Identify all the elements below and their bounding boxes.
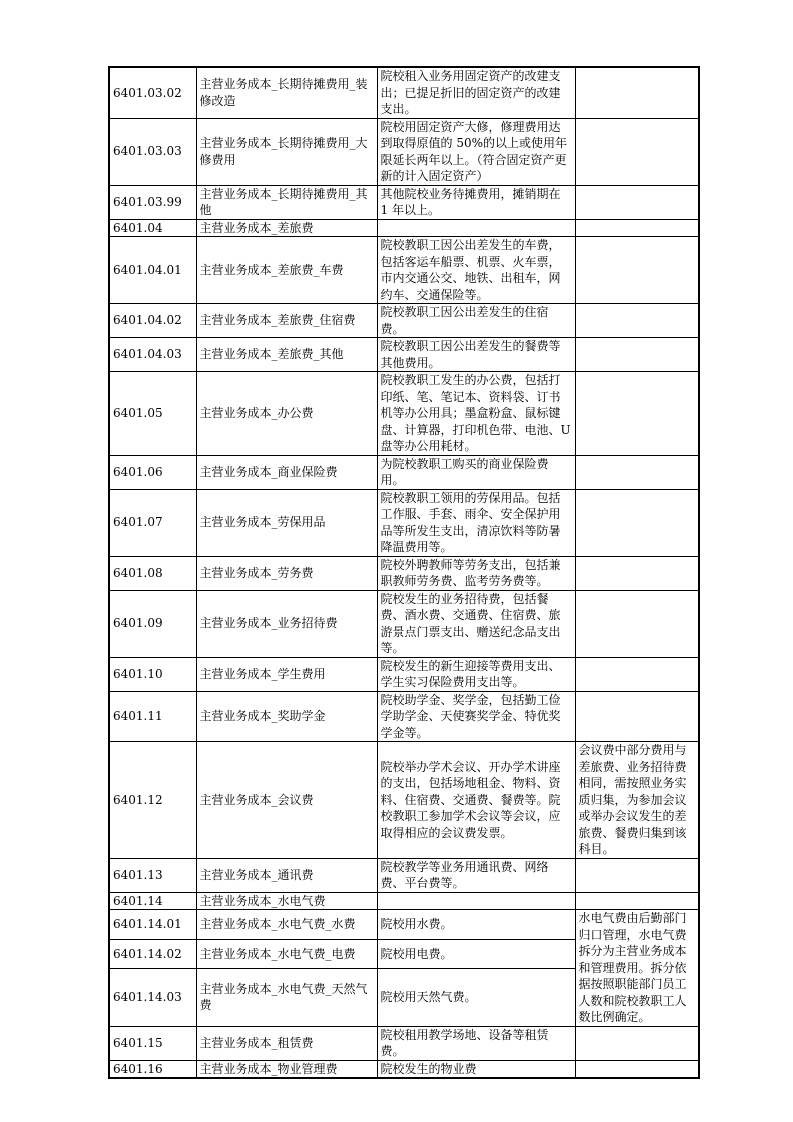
account-note-cell — [575, 590, 699, 657]
account-code-cell: 6401.15 — [109, 1026, 196, 1060]
table-row: 6401.06主营业务成本_商业保险费为院校教职工购买的商业保险费用。 — [109, 455, 699, 489]
account-note-cell — [575, 237, 699, 304]
account-note-cell — [575, 691, 699, 742]
document-page: 6401.03.02主营业务成本_长期待摊费用_装修改造院校租入业务用固定资产的… — [0, 0, 793, 1122]
account-code-cell: 6401.11 — [109, 691, 196, 742]
account-name-cell: 主营业务成本_租赁费 — [196, 1026, 377, 1060]
table-row: 6401.15主营业务成本_租赁费院校租用教学场地、设备等租赁费。 — [109, 1026, 699, 1060]
account-note-cell — [575, 556, 699, 590]
account-desc-cell: 院校教职工领用的劳保用品。包括工作服、手套、雨伞、安全保护用品等所发生支出，清凉… — [377, 489, 575, 556]
account-name-cell: 主营业务成本_水电气费_水费 — [196, 910, 377, 940]
account-note-cell — [575, 489, 699, 556]
account-note-cell: 水电气费由后勤部门归口管理，水电气费拆分为主营业务成本和管理费用。拆分依据按照职… — [575, 910, 699, 1027]
table-row: 6401.10主营业务成本_学生费用院校发生的新生迎接等费用支出、学生实习保险费… — [109, 657, 699, 691]
account-note-cell — [575, 1026, 699, 1060]
account-desc-cell: 院校教职工发生的办公费，包括打印纸、笔、笔记本、资料袋、订书机等办公用具；墨盒粉… — [377, 372, 575, 456]
account-name-cell: 主营业务成本_商业保险费 — [196, 455, 377, 489]
account-desc-cell: 院校发生的业务招待费，包括餐费、酒水费、交通费、住宿费、旅游景点门票支出、赠送纪… — [377, 590, 575, 657]
account-note-cell — [575, 118, 699, 185]
account-desc-cell: 为院校教职工购买的商业保险费用。 — [377, 455, 575, 489]
table-row: 6401.03.03主营业务成本_长期待摊费用_大修费用院校用固定资产大修，修理… — [109, 118, 699, 185]
account-desc-cell: 院校教职工因公出差发生的餐费等其他费用。 — [377, 338, 575, 372]
table-row: 6401.16主营业务成本_物业管理费院校发生的物业费 — [109, 1060, 699, 1078]
account-desc-cell: 院校举办学术会议、开办学术讲座的支出，包括场地租金、物料、资料、住宿费、交通费、… — [377, 742, 575, 859]
account-name-cell: 主营业务成本_差旅费 — [196, 219, 377, 237]
account-note-cell — [575, 304, 699, 338]
account-desc-cell: 院校发生的物业费 — [377, 1060, 575, 1078]
account-name-cell: 主营业务成本_差旅费_其他 — [196, 338, 377, 372]
account-table-body: 6401.03.02主营业务成本_长期待摊费用_装修改造院校租入业务用固定资产的… — [109, 67, 699, 1078]
account-desc-cell: 院校教职工因公出差发生的住宿费。 — [377, 304, 575, 338]
account-desc-cell — [377, 219, 575, 237]
account-code-cell: 6401.14 — [109, 892, 196, 910]
table-row: 6401.13主营业务成本_通讯费院校教学等业务用通讯费、网络费、平台费等。 — [109, 858, 699, 892]
account-desc-cell: 院校发生的新生迎接等费用支出、学生实习保险费用支出等。 — [377, 657, 575, 691]
account-code-cell: 6401.03.99 — [109, 185, 196, 219]
account-desc-cell: 院校用天然气费。 — [377, 969, 575, 1026]
account-name-cell: 主营业务成本_办公费 — [196, 372, 377, 456]
account-name-cell: 主营业务成本_劳保用品 — [196, 489, 377, 556]
account-code-cell: 6401.08 — [109, 556, 196, 590]
account-code-cell: 6401.04.01 — [109, 237, 196, 304]
table-row: 6401.04.03主营业务成本_差旅费_其他院校教职工因公出差发生的餐费等其他… — [109, 338, 699, 372]
account-note-cell — [575, 185, 699, 219]
table-row: 6401.12主营业务成本_会议费院校举办学术会议、开办学术讲座的支出，包括场地… — [109, 742, 699, 859]
account-note-cell — [575, 219, 699, 237]
account-code-cell: 6401.13 — [109, 858, 196, 892]
account-note-cell — [575, 372, 699, 456]
account-code-cell: 6401.16 — [109, 1060, 196, 1078]
account-name-cell: 主营业务成本_劳务费 — [196, 556, 377, 590]
account-desc-cell: 院校教职工因公出差发生的车费，包括客运车船票、机票、火车票，市内交通公交、地铁、… — [377, 237, 575, 304]
account-desc-cell: 院校租入业务用固定资产的改建支出；已提足折旧的固定资产的改建支出。 — [377, 67, 575, 118]
account-name-cell: 主营业务成本_差旅费_车费 — [196, 237, 377, 304]
account-name-cell: 主营业务成本_业务招待费 — [196, 590, 377, 657]
table-row: 6401.09主营业务成本_业务招待费院校发生的业务招待费，包括餐费、酒水费、交… — [109, 590, 699, 657]
account-code-cell: 6401.04 — [109, 219, 196, 237]
account-name-cell: 主营业务成本_通讯费 — [196, 858, 377, 892]
account-note-cell: 会议费中部分费用与差旅费、业务招待费相同，需按照业务实质归集，为参加会议或举办会… — [575, 742, 699, 859]
table-row: 6401.11主营业务成本_奖助学金院校助学金、奖学金，包括勤工俭学助学金、天使… — [109, 691, 699, 742]
account-desc-cell: 院校外聘教师等劳务支出，包括兼职教师劳务费、监考劳务费等。 — [377, 556, 575, 590]
account-name-cell: 主营业务成本_水电气费_天然气费 — [196, 969, 377, 1026]
account-name-cell: 主营业务成本_水电气费_电费 — [196, 939, 377, 969]
account-code-cell: 6401.10 — [109, 657, 196, 691]
account-code-cell: 6401.03.02 — [109, 67, 196, 118]
account-name-cell: 主营业务成本_水电气费 — [196, 892, 377, 910]
account-note-cell — [575, 338, 699, 372]
table-row: 6401.14.01主营业务成本_水电气费_水费院校用水费。水电气费由后勤部门归… — [109, 910, 699, 940]
account-desc-cell: 院校用电费。 — [377, 939, 575, 969]
account-desc-cell: 院校租用教学场地、设备等租赁费。 — [377, 1026, 575, 1060]
account-code-cell: 6401.14.03 — [109, 969, 196, 1026]
account-name-cell: 主营业务成本_差旅费_住宿费 — [196, 304, 377, 338]
account-name-cell: 主营业务成本_长期待摊费用_装修改造 — [196, 67, 377, 118]
account-note-cell — [575, 1060, 699, 1078]
account-desc-cell — [377, 892, 575, 910]
table-row: 6401.05主营业务成本_办公费院校教职工发生的办公费，包括打印纸、笔、笔记本… — [109, 372, 699, 456]
account-note-cell — [575, 858, 699, 892]
table-row: 6401.04.01主营业务成本_差旅费_车费院校教职工因公出差发生的车费，包括… — [109, 237, 699, 304]
account-note-cell — [575, 67, 699, 118]
account-name-cell: 主营业务成本_物业管理费 — [196, 1060, 377, 1078]
account-code-cell: 6401.14.02 — [109, 939, 196, 969]
table-row: 6401.07主营业务成本_劳保用品院校教职工领用的劳保用品。包括工作服、手套、… — [109, 489, 699, 556]
account-code-cell: 6401.14.01 — [109, 910, 196, 940]
account-name-cell: 主营业务成本_长期待摊费用_其他 — [196, 185, 377, 219]
account-code-cell: 6401.04.03 — [109, 338, 196, 372]
table-row: 6401.04.02主营业务成本_差旅费_住宿费院校教职工因公出差发生的住宿费。 — [109, 304, 699, 338]
account-desc-cell: 院校用水费。 — [377, 910, 575, 940]
table-row: 6401.04主营业务成本_差旅费 — [109, 219, 699, 237]
account-desc-cell: 其他院校业务待摊费用，摊销期在 1 年以上。 — [377, 185, 575, 219]
table-row: 6401.03.99主营业务成本_长期待摊费用_其他其他院校业务待摊费用，摊销期… — [109, 185, 699, 219]
account-table: 6401.03.02主营业务成本_长期待摊费用_装修改造院校租入业务用固定资产的… — [108, 66, 700, 1079]
account-code-cell: 6401.06 — [109, 455, 196, 489]
table-row: 6401.08主营业务成本_劳务费院校外聘教师等劳务支出，包括兼职教师劳务费、监… — [109, 556, 699, 590]
account-desc-cell: 院校助学金、奖学金，包括勤工俭学助学金、天使赛奖学金、特优奖学金等。 — [377, 691, 575, 742]
account-note-cell — [575, 455, 699, 489]
account-name-cell: 主营业务成本_奖助学金 — [196, 691, 377, 742]
account-name-cell: 主营业务成本_长期待摊费用_大修费用 — [196, 118, 377, 185]
account-code-cell: 6401.03.03 — [109, 118, 196, 185]
account-name-cell: 主营业务成本_会议费 — [196, 742, 377, 859]
account-desc-cell: 院校教学等业务用通讯费、网络费、平台费等。 — [377, 858, 575, 892]
account-code-cell: 6401.09 — [109, 590, 196, 657]
table-row: 6401.03.02主营业务成本_长期待摊费用_装修改造院校租入业务用固定资产的… — [109, 67, 699, 118]
account-note-cell — [575, 657, 699, 691]
account-name-cell: 主营业务成本_学生费用 — [196, 657, 377, 691]
account-code-cell: 6401.05 — [109, 372, 196, 456]
table-row: 6401.14主营业务成本_水电气费 — [109, 892, 699, 910]
account-desc-cell: 院校用固定资产大修，修理费用达到取得原值的 50%的以上或使用年限延长两年以上。… — [377, 118, 575, 185]
account-code-cell: 6401.07 — [109, 489, 196, 556]
account-code-cell: 6401.12 — [109, 742, 196, 859]
account-note-cell — [575, 892, 699, 910]
account-code-cell: 6401.04.02 — [109, 304, 196, 338]
